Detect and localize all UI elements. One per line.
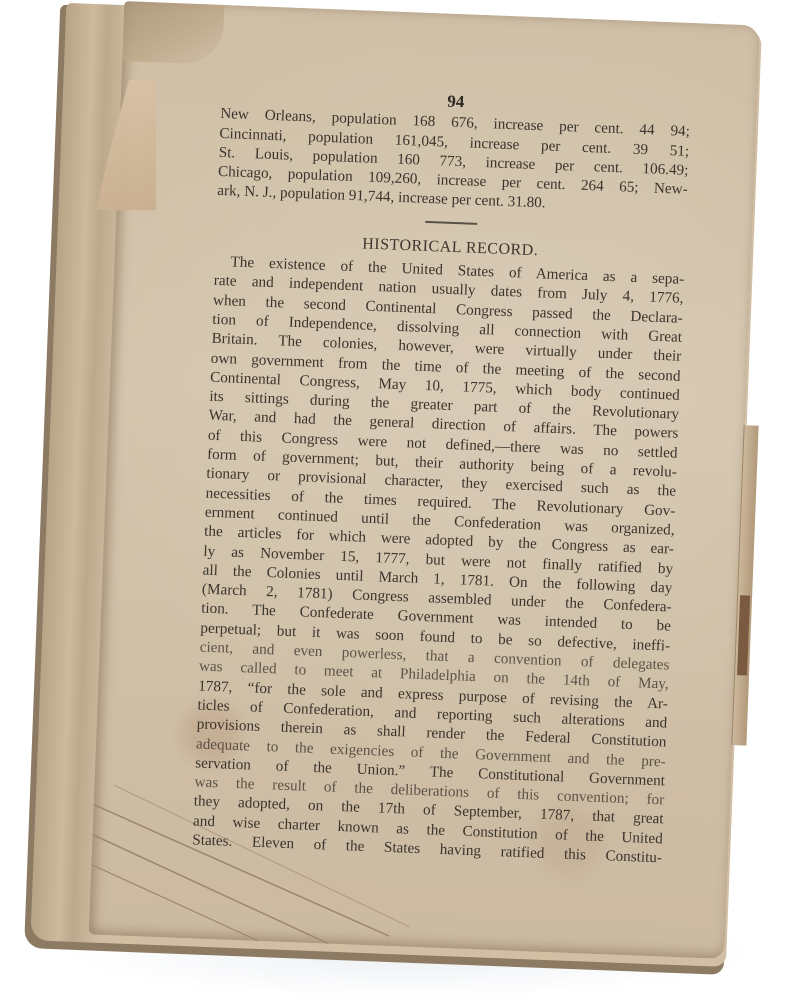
torn-spine (737, 595, 750, 675)
text-block: 94 New Orleans, population 168 676, incr… (192, 83, 691, 868)
binding-thread (731, 425, 758, 745)
book-page: 94 New Orleans, population 168 676, incr… (89, 1, 760, 959)
section-divider (425, 221, 477, 225)
body-paragraph: The existence of the United States of Am… (192, 252, 685, 868)
worn-corner (122, 1, 224, 65)
photo-scene: 94 New Orleans, population 168 676, incr… (0, 0, 796, 1000)
population-list: New Orleans, population 168 676, increas… (217, 104, 690, 218)
